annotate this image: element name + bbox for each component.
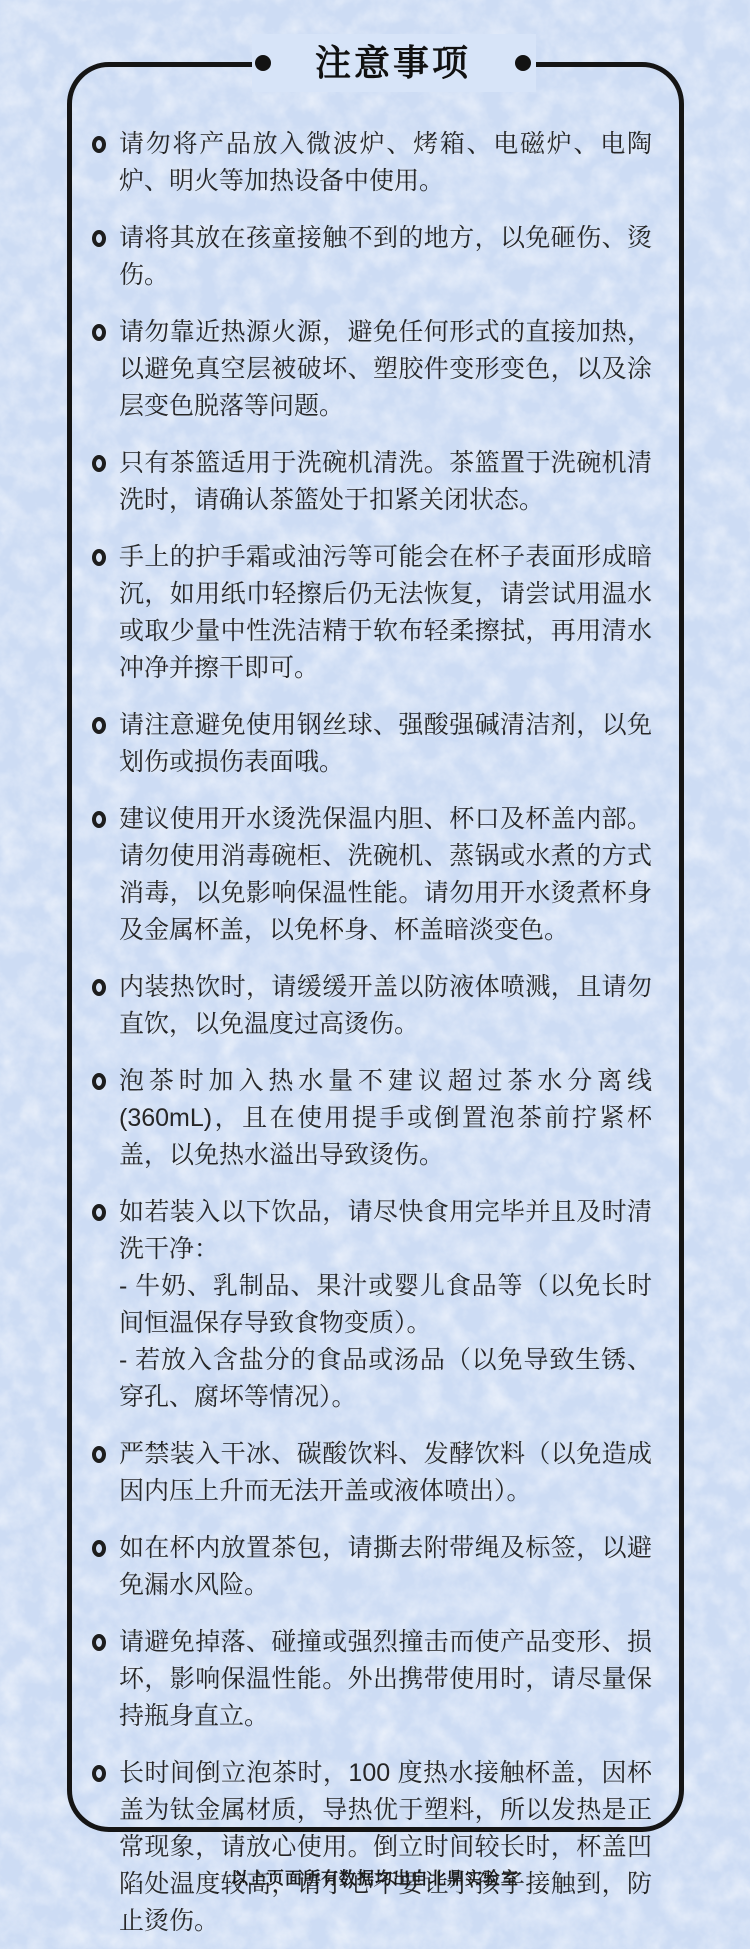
notice-item-text: 如若装入以下饮品，请尽快食用完毕并且及时清洗干净： - 牛奶、乳制品、果汁或婴儿…: [119, 1194, 652, 1416]
ring-bullet-icon: [92, 455, 106, 472]
ring-bullet-icon: [92, 1634, 106, 1651]
notice-item-text: 严禁装入干冰、碳酸饮料、发酵饮料（以免造成因内压上升而无法开盖或液体喷出）。: [119, 1436, 652, 1510]
notice-item: 手上的护手霜或油污等可能会在杯子表面形成暗沉，如用纸巾轻擦后仍无法恢复，请尝试用…: [92, 539, 652, 687]
notice-item: 请勿将产品放入微波炉、烤箱、电磁炉、电陶炉、明火等加热设备中使用。: [92, 126, 652, 200]
notice-item-text: 手上的护手霜或油污等可能会在杯子表面形成暗沉，如用纸巾轻擦后仍无法恢复，请尝试用…: [119, 539, 652, 687]
divider-dot-icon: [515, 55, 531, 71]
notice-item: 只有茶篮适用于洗碗机清洗。茶篮置于洗碗机清洗时，请确认茶篮处于扣紧关闭状态。: [92, 445, 652, 519]
notice-item: 请勿靠近热源火源，避免任何形式的直接加热，以避免真空层被破坏、塑胶件变形变色，以…: [92, 314, 652, 425]
ring-bullet-icon: [92, 230, 106, 247]
ring-bullet-icon: [92, 717, 106, 734]
notice-item-text: 请注意避免使用钢丝球、强酸强碱清洁剂，以免划伤或损伤表面哦。: [119, 707, 652, 781]
notice-item-text: 请将其放在孩童接触不到的地方，以免砸伤、烫伤。: [119, 220, 652, 294]
notice-item: 长时间倒立泡茶时，100 度热水接触杯盖，因杯盖为钛金属材质，导热优于塑料，所以…: [92, 1755, 652, 1940]
ring-bullet-icon: [92, 324, 106, 341]
ring-bullet-icon: [92, 1446, 106, 1463]
notice-item-text: 请避免掉落、碰撞或强烈撞击而使产品变形、损坏，影响保温性能。外出携带使用时，请尽…: [119, 1624, 652, 1735]
notice-item: 请避免掉落、碰撞或强烈撞击而使产品变形、损坏，影响保温性能。外出携带使用时，请尽…: [92, 1624, 652, 1735]
ring-bullet-icon: [92, 1204, 106, 1221]
ring-bullet-icon: [92, 1540, 106, 1557]
ring-bullet-icon: [92, 1073, 106, 1090]
notice-item: 内装热饮时，请缓缓开盖以防液体喷溅，且请勿直饮，以免温度过高烫伤。: [92, 969, 652, 1043]
notice-item-text: 请勿靠近热源火源，避免任何形式的直接加热，以避免真空层被破坏、塑胶件变形变色，以…: [119, 314, 652, 425]
title-strip: 注意事项: [252, 34, 536, 92]
notice-item: 如若装入以下饮品，请尽快食用完毕并且及时清洗干净： - 牛奶、乳制品、果汁或婴儿…: [92, 1194, 652, 1416]
ring-bullet-icon: [92, 811, 106, 828]
notice-item-text: 内装热饮时，请缓缓开盖以防液体喷溅，且请勿直饮，以免温度过高烫伤。: [119, 969, 652, 1043]
notice-item: 严禁装入干冰、碳酸饮料、发酵饮料（以免造成因内压上升而无法开盖或液体喷出）。: [92, 1436, 652, 1510]
notice-item-text: 如在杯内放置茶包，请撕去附带绳及标签，以避免漏水风险。: [119, 1530, 652, 1604]
page-title: 注意事项: [315, 34, 471, 92]
notice-item: 请将其放在孩童接触不到的地方，以免砸伤、烫伤。: [92, 220, 652, 294]
notice-item-text: 只有茶篮适用于洗碗机清洗。茶篮置于洗碗机清洗时，请确认茶篮处于扣紧关闭状态。: [119, 445, 652, 519]
notice-page: 注意事项 请勿将产品放入微波炉、烤箱、电磁炉、电陶炉、明火等加热设备中使用。请将…: [0, 0, 750, 1949]
footer-note: 以上页面所有数据均出自北鼎实验室: [0, 1864, 750, 1889]
ring-bullet-icon: [92, 979, 106, 996]
divider-dot-icon: [255, 55, 271, 71]
notice-item: 请注意避免使用钢丝球、强酸强碱清洁剂，以免划伤或损伤表面哦。: [92, 707, 652, 781]
ring-bullet-icon: [92, 549, 106, 566]
notice-item-text: 请勿将产品放入微波炉、烤箱、电磁炉、电陶炉、明火等加热设备中使用。: [119, 126, 652, 200]
notice-list: 请勿将产品放入微波炉、烤箱、电磁炉、电陶炉、明火等加热设备中使用。请将其放在孩童…: [92, 126, 652, 1940]
ring-bullet-icon: [92, 136, 106, 153]
notice-item-text: 建议使用开水烫洗保温内胆、杯口及杯盖内部。请勿使用消毒碗柜、洗碗机、蒸锅或水煮的…: [119, 801, 652, 949]
notice-item-text: 泡茶时加入热水量不建议超过茶水分离线 (360mL)，且在使用提手或倒置泡茶前拧…: [119, 1063, 652, 1174]
notice-item: 建议使用开水烫洗保温内胆、杯口及杯盖内部。请勿使用消毒碗柜、洗碗机、蒸锅或水煮的…: [92, 801, 652, 949]
notice-item: 泡茶时加入热水量不建议超过茶水分离线 (360mL)，且在使用提手或倒置泡茶前拧…: [92, 1063, 652, 1174]
notice-item: 如在杯内放置茶包，请撕去附带绳及标签，以避免漏水风险。: [92, 1530, 652, 1604]
notice-item-text: 长时间倒立泡茶时，100 度热水接触杯盖，因杯盖为钛金属材质，导热优于塑料，所以…: [119, 1755, 652, 1940]
ring-bullet-icon: [92, 1765, 106, 1782]
